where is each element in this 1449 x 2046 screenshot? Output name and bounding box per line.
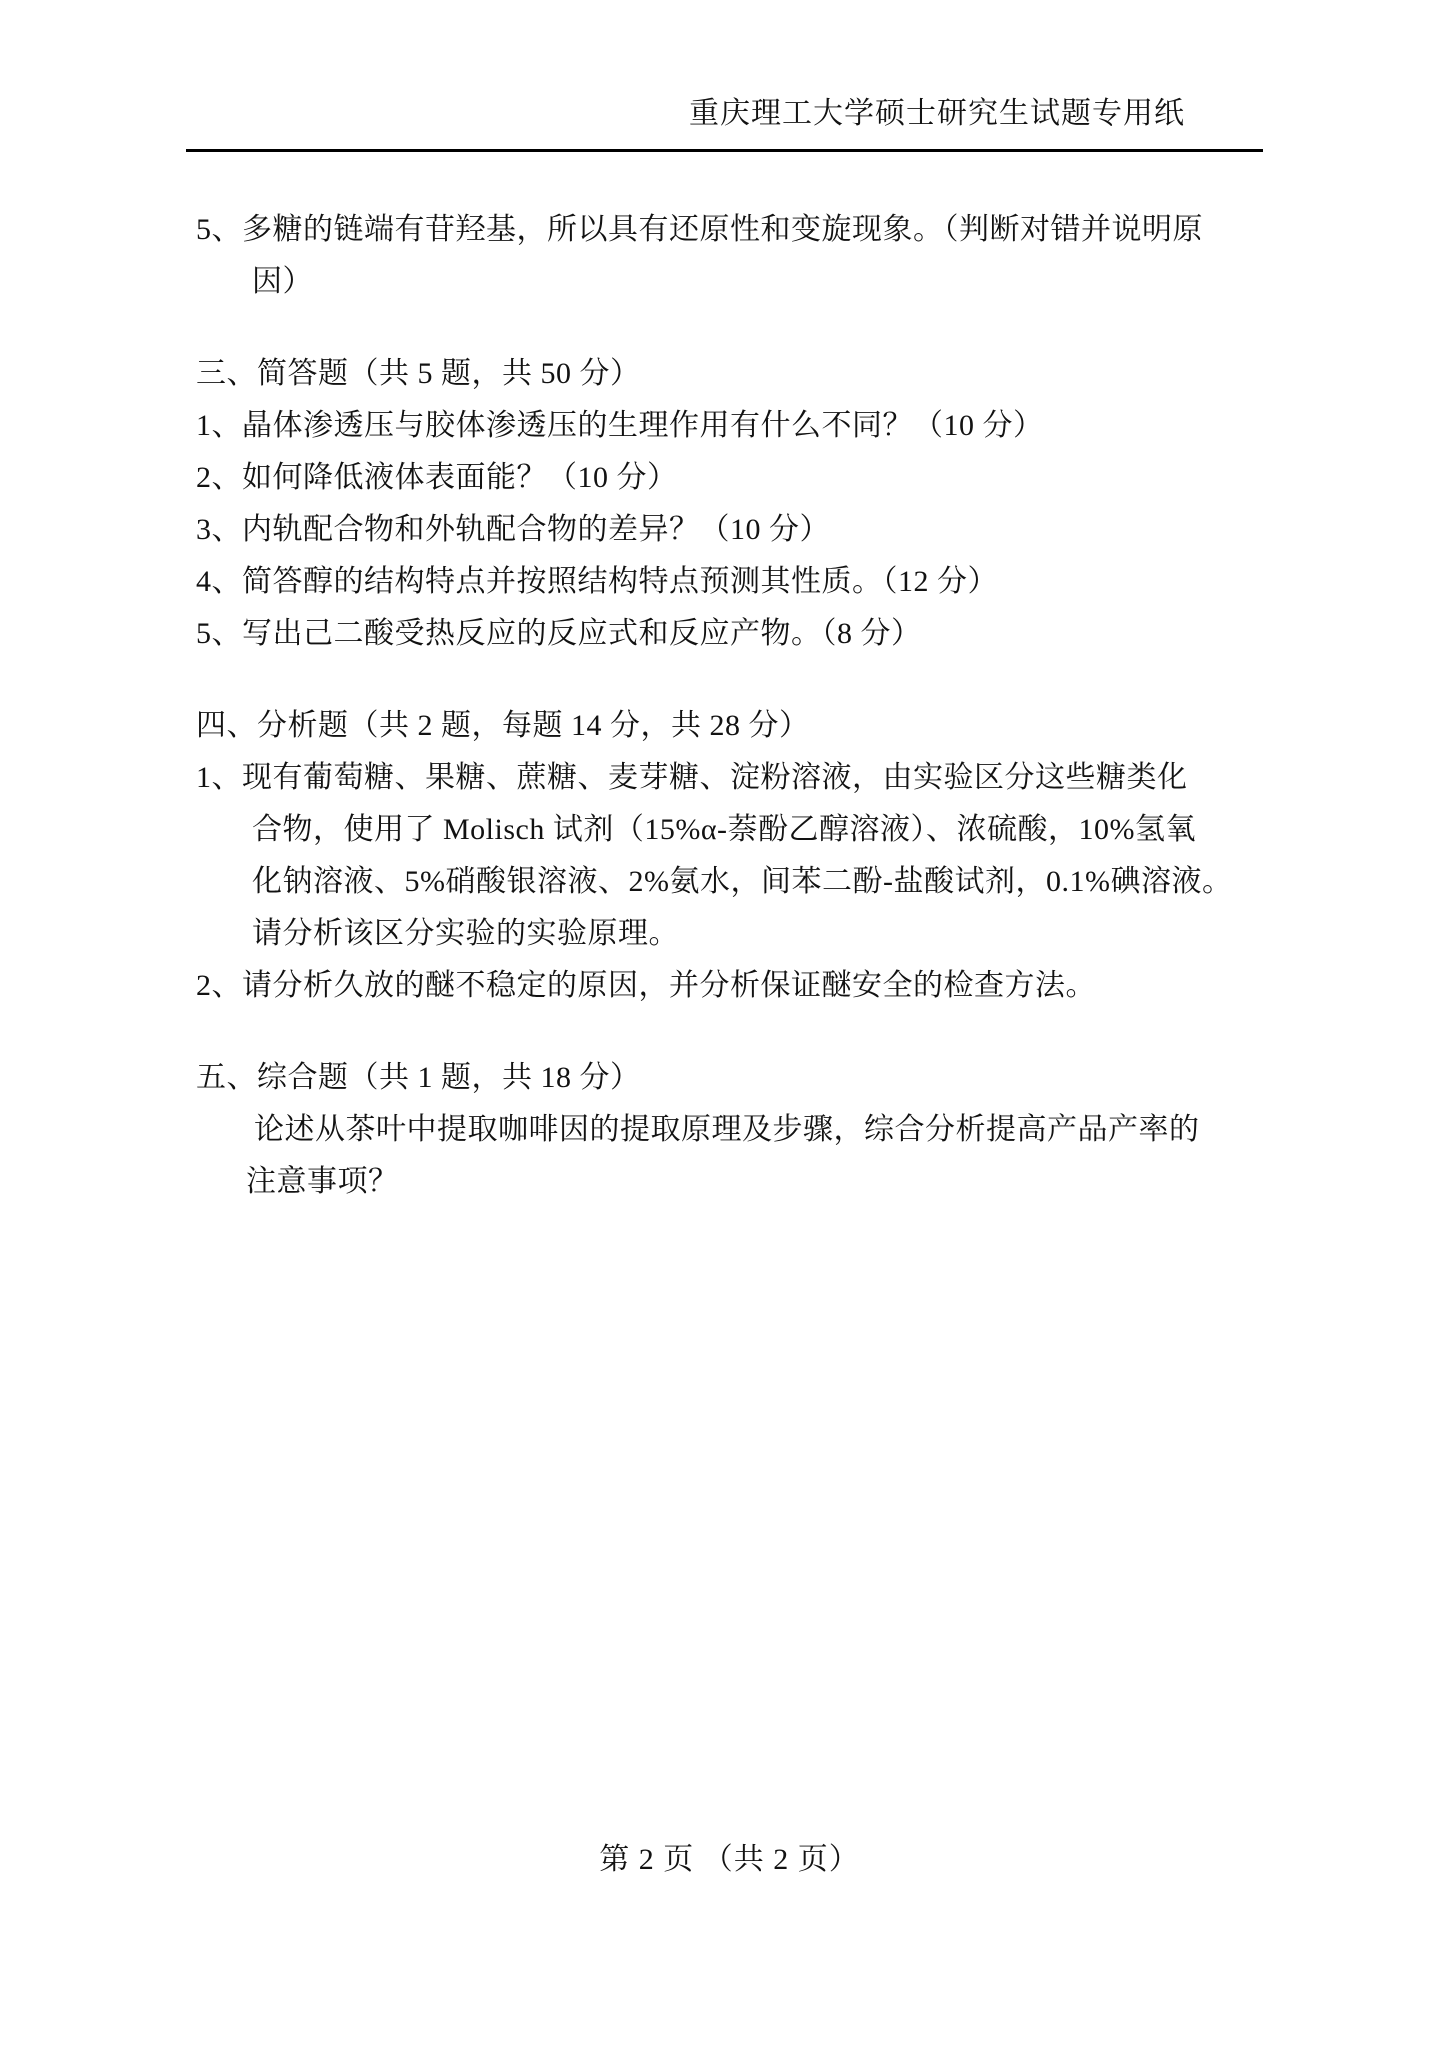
question-line: 5、多糖的链端有苷羟基，所以具有还原性和变旋现象。（判断对错并说明原 [196, 204, 1263, 256]
header-rule [186, 149, 1263, 152]
section3-question-4: 4、简答醇的结构特点并按照结构特点预测其性质。（12 分） [196, 556, 1263, 608]
question-line: 化钠溶液、5%硝酸银溶液、2%氨水，间苯二酚-盐酸试剂，0.1%碘溶液。 [252, 856, 1263, 908]
page-content: 重庆理工大学硕士研究生试题专用纸 5、多糖的链端有苷羟基，所以具有还原性和变旋现… [0, 0, 1449, 1208]
question-line: 注意事项？ [246, 1156, 1263, 1208]
section4-question-2: 2、请分析久放的醚不稳定的原因，并分析保证醚安全的检查方法。 [196, 960, 1263, 1012]
section4-heading: 四、分析题（共 2 题，每题 14 分，共 28 分） [196, 700, 1263, 752]
section3-heading: 三、简答题（共 5 题，共 50 分） [196, 348, 1263, 400]
section-spacer [196, 308, 1263, 348]
section3-question-2: 2、如何降低液体表面能？（10 分） [196, 452, 1263, 504]
question-line: 合物，使用了 Molisch 试剂（15%α-萘酚乙醇溶液）、浓硫酸，10%氢氧 [252, 804, 1263, 856]
section5-heading: 五、综合题（共 1 题，共 18 分） [196, 1052, 1263, 1104]
question-line: 论述从茶叶中提取咖啡因的提取原理及步骤，综合分析提高产品产率的 [254, 1104, 1263, 1156]
question-line: 因） [252, 256, 1263, 308]
section3-question-3: 3、内轨配合物和外轨配合物的差异？（10 分） [196, 504, 1263, 556]
page-header: 重庆理工大学硕士研究生试题专用纸 [196, 95, 1263, 133]
section4-question-1: 1、现有葡萄糖、果糖、蔗糖、麦芽糖、淀粉溶液，由实验区分这些糖类化 合物，使用了… [196, 752, 1263, 960]
section5-essay-question: 论述从茶叶中提取咖啡因的提取原理及步骤，综合分析提高产品产率的 注意事项？ [196, 1104, 1263, 1208]
question-line: 请分析该区分实验的实验原理。 [252, 908, 1263, 960]
section-spacer [196, 660, 1263, 700]
exam-paper-page: 重庆理工大学硕士研究生试题专用纸 5、多糖的链端有苷羟基，所以具有还原性和变旋现… [0, 0, 1449, 2046]
section3-question-1: 1、晶体渗透压与胶体渗透压的生理作用有什么不同？（10 分） [196, 400, 1263, 452]
page-footer: 第 2 页 （共 2 页） [196, 1840, 1263, 1880]
section-spacer [196, 1012, 1263, 1052]
page-number: 第 2 页 （共 2 页） [599, 1843, 860, 1876]
exam-body: 5、多糖的链端有苷羟基，所以具有还原性和变旋现象。（判断对错并说明原 因） 三、… [196, 204, 1263, 1208]
header-title: 重庆理工大学硕士研究生试题专用纸 [689, 97, 1185, 130]
judgement-question-5: 5、多糖的链端有苷羟基，所以具有还原性和变旋现象。（判断对错并说明原 因） [196, 204, 1263, 308]
question-line: 1、现有葡萄糖、果糖、蔗糖、麦芽糖、淀粉溶液，由实验区分这些糖类化 [196, 752, 1263, 804]
section3-question-5: 5、写出己二酸受热反应的反应式和反应产物。（8 分） [196, 608, 1263, 660]
